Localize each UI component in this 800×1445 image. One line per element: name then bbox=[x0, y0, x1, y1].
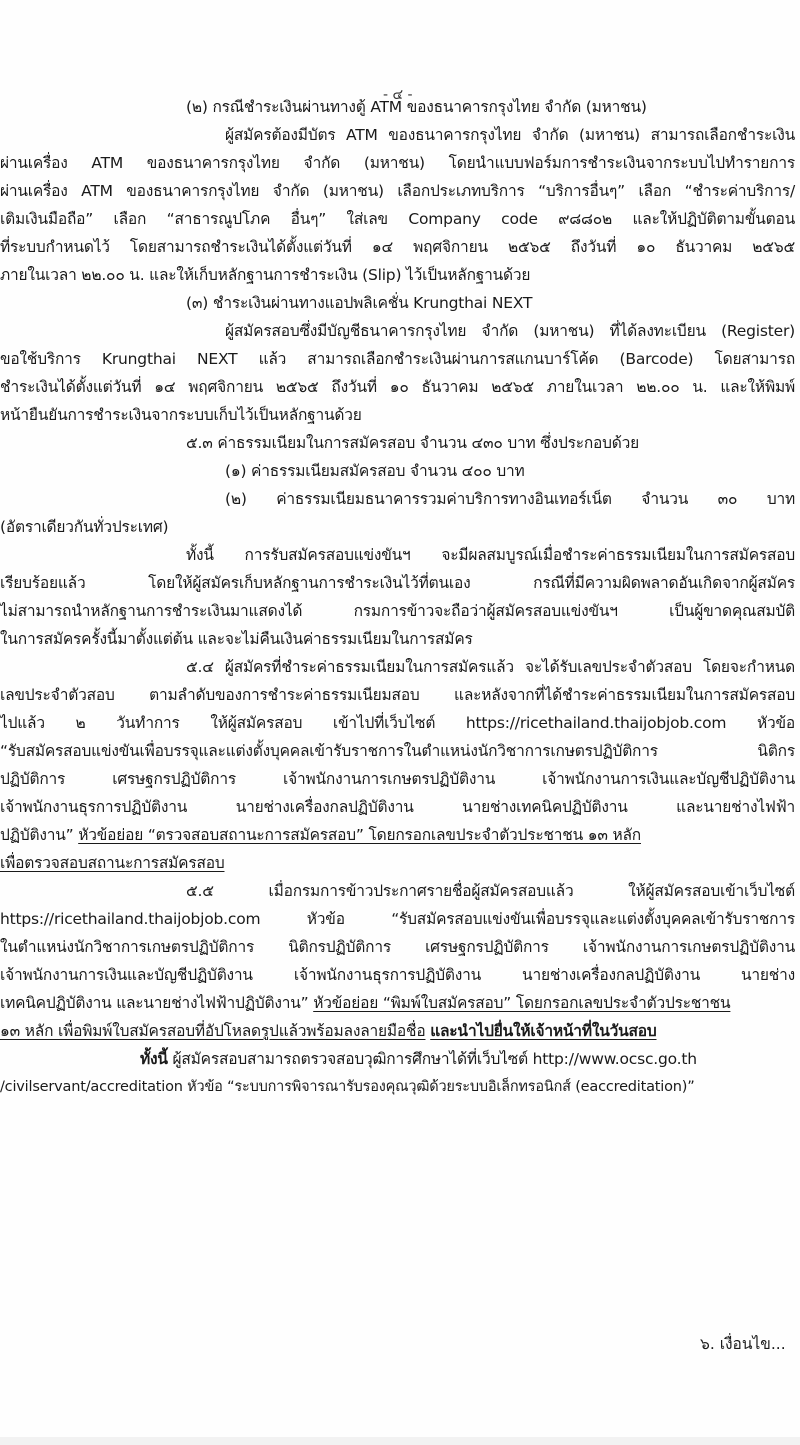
accreditation-line-2: /civilservant/accreditation หัวข้อ “ระบบ… bbox=[0, 1073, 695, 1101]
atm-line-6: ภายในเวลา ๒๒.๐๐ น. และให้เก็บหลักฐานการช… bbox=[0, 261, 530, 289]
atm-line-3: ผ่านเครื่อง ATM ของธนาคารกรุงไทย จำกัด (… bbox=[0, 177, 795, 205]
print-form-line-5-text: เทคนิคปฏิบัติงาน และนายช่างไฟฟ้าปฏิบัติง… bbox=[0, 994, 313, 1012]
fee-item-1: (๑) ค่าธรรมเนียมสมัครสอบ จำนวน ๔๐๐ บาท bbox=[225, 457, 525, 485]
exam-id-line-3: ไปแล้ว ๒ วันทำการ ให้ผู้สมัครสอบ เข้าไปท… bbox=[0, 709, 795, 737]
atm-line-2: ผ่านเครื่อง ATM ของธนาคารกรุงไทย จำกัด (… bbox=[0, 149, 795, 177]
print-form-line-2: https://ricethailand.thaijobjob.com หัวข… bbox=[0, 905, 795, 933]
page-bottom-edge bbox=[0, 1437, 800, 1445]
print-form-line-4: เจ้าพนักงานการเงินและบัญชีปฏิบัติงาน เจ้… bbox=[0, 961, 795, 989]
document-page: - ๔ - (๒) กรณีชำระเงินผ่านทางตู้ ATM ของ… bbox=[0, 0, 800, 1445]
exam-id-line-6: เจ้าพนักงานธุรการปฏิบัติงาน นายช่างเครื่… bbox=[0, 793, 795, 821]
exam-id-line-7: ปฏิบัติงาน” หัวข้อย่อย “ตรวจสอบสถานะการส… bbox=[0, 821, 641, 849]
print-form-line-3: ในตำแหน่งนักวิชาการเกษตรปฏิบัติการ นิติก… bbox=[0, 933, 795, 961]
app-line-1: ผู้สมัครสอบซึ่งมีบัญชีธนาคารกรุงไทย จำกั… bbox=[225, 317, 795, 345]
fee-note-line-4: ในการสมัครครั้งนี้มาตั้งแต่ต้น และจะไม่ค… bbox=[0, 625, 473, 653]
app-line-2: ขอใช้บริการ Krungthai NEXT แล้ว สามารถเล… bbox=[0, 345, 795, 373]
atm-heading: (๒) กรณีชำระเงินผ่านทางตู้ ATM ของธนาคาร… bbox=[186, 93, 647, 121]
fee-heading: ๕.๓ ค่าธรรมเนียมในการสมัครสอบ จำนวน ๔๓๐ … bbox=[186, 429, 639, 457]
print-form-instruction: หัวข้อย่อย “พิมพ์ใบสมัครสอบ” โดยกรอกเลขป… bbox=[313, 994, 730, 1012]
print-form-line-5: เทคนิคปฏิบัติงาน และนายช่างไฟฟ้าปฏิบัติง… bbox=[0, 989, 730, 1017]
fee-note-line-2: เรียบร้อยแล้ว โดยให้ผู้สมัครเก็บหลักฐานก… bbox=[0, 569, 795, 597]
exam-id-line-4: “รับสมัครสอบแข่งขันเพื่อบรรจุและแต่งตั้ง… bbox=[0, 737, 795, 765]
atm-line-4: เติมเงินมือถือ” เลือก “สาธารณูปโภค อื่นๆ… bbox=[0, 205, 795, 233]
continuation-marker: ๖. เงื่อนไข... bbox=[700, 1331, 786, 1356]
accreditation-line-1: ทั้งนี้ ผู้สมัครสอบสามารถตรวจสอบวุฒิการศ… bbox=[140, 1045, 697, 1073]
print-form-line-6: ๑๓ หลัก เพื่อพิมพ์ใบสมัครสอบที่อัปโหลดรู… bbox=[0, 1017, 657, 1045]
app-heading: (๓) ชำระเงินผ่านทางแอปพลิเคชั่น Krungtha… bbox=[186, 289, 532, 317]
fee-item-2-cont: (อัตราเดียวกันทั่วประเทศ) bbox=[0, 513, 168, 541]
atm-line-1: ผู้สมัครต้องมีบัตร ATM ของธนาคารกรุงไทย … bbox=[225, 121, 795, 149]
exam-id-line-1: ๕.๔ ผู้สมัครที่ชำระค่าธรรมเนียมในการสมัค… bbox=[186, 653, 795, 681]
exam-id-line-7-text: ปฏิบัติงาน” bbox=[0, 826, 78, 844]
fee-item-2: (๒) ค่าธรรมเนียมธนาคารรวมค่าบริการทางอิน… bbox=[225, 485, 795, 513]
fee-note-line-3: ไม่สามารถนำหลักฐานการชำระเงินมาแสดงได้ ก… bbox=[0, 597, 795, 625]
fee-note-line-1: ทั้งนี้ การรับสมัครสอบแข่งขันฯ จะมีผลสมบ… bbox=[186, 541, 795, 569]
check-status-instruction: หัวข้อย่อย “ตรวจสอบสถานะการสมัครสอบ” โดย… bbox=[78, 826, 641, 844]
exam-id-line-8: เพื่อตรวจสอบสถานะการสมัครสอบ bbox=[0, 849, 224, 877]
accreditation-lead: ทั้งนี้ bbox=[140, 1050, 168, 1068]
print-form-line-1: ๕.๕ เมื่อกรมการข้าวประกาศรายชื่อผู้สมัคร… bbox=[186, 877, 795, 905]
atm-line-5: ที่ระบบกำหนดไว้ โดยสามารถชำระเงินได้ตั้ง… bbox=[0, 233, 795, 261]
submit-on-exam-day-note: และนำไปยื่นให้เจ้าหน้าที่ในวันสอบ bbox=[430, 1022, 656, 1040]
exam-id-line-2: เลขประจำตัวสอบ ตามลำดับของการชำระค่าธรรม… bbox=[0, 681, 795, 709]
exam-id-line-5: ปฏิบัติการ เศรษฐกรปฏิบัติการ เจ้าพนักงาน… bbox=[0, 765, 795, 793]
app-line-3: ชำระเงินได้ตั้งแต่วันที่ ๑๔ พฤศจิกายน ๒๕… bbox=[0, 373, 795, 401]
app-line-4: หน้ายืนยันการชำระเงินจากระบบเก็บไว้เป็นห… bbox=[0, 401, 362, 429]
accreditation-text: ผู้สมัครสอบสามารถตรวจสอบวุฒิการศึกษาได้ท… bbox=[168, 1050, 697, 1068]
print-form-instruction-cont: ๑๓ หลัก เพื่อพิมพ์ใบสมัครสอบที่อัปโหลดรู… bbox=[0, 1022, 425, 1040]
